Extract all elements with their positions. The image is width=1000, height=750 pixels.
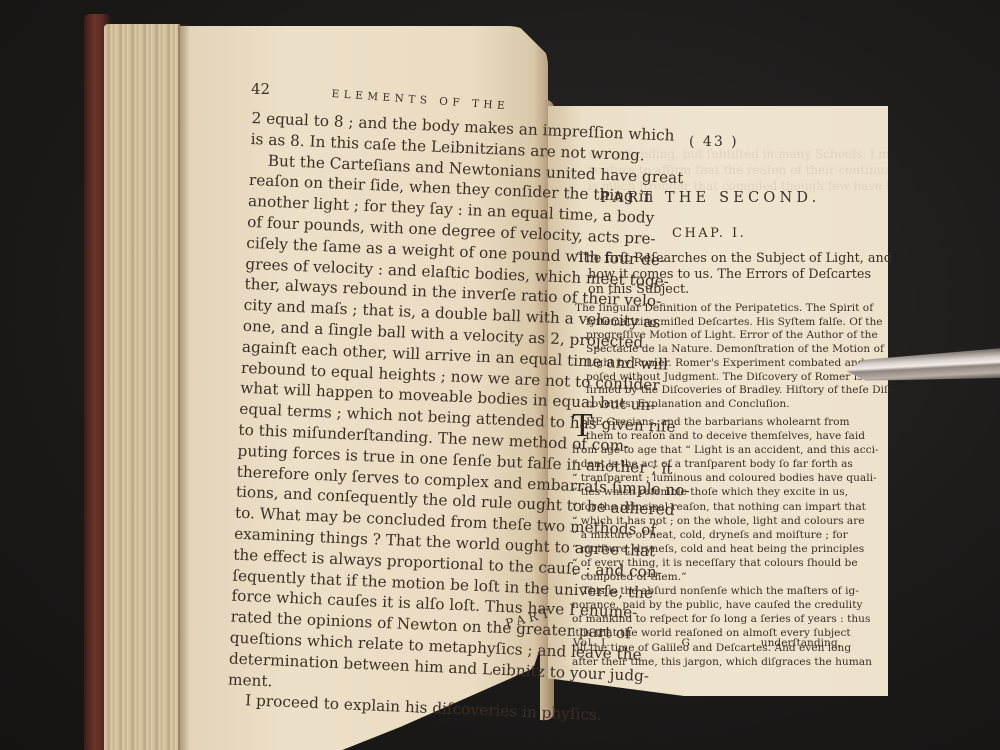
summary-line: Light by Romer. Romer's Experiment comba… bbox=[575, 357, 845, 371]
chapter-number: CHAP. I. bbox=[672, 226, 746, 241]
right-page-body: HE Grecians, and the barbarians wholearn… bbox=[572, 415, 847, 669]
text-line: “ dent is the act of a tranſparent body … bbox=[572, 457, 847, 471]
left-page-body: 2 equal to 8 ; and the body makes an imp… bbox=[227, 108, 552, 723]
volume-mark: Vol. I. bbox=[573, 637, 611, 649]
gutter-shadow bbox=[178, 24, 190, 750]
heading-line: on this Subject. bbox=[577, 282, 852, 298]
summary-line: firmed by the Diſcoveries of Bradley. Hi… bbox=[575, 384, 845, 398]
heading-line: how it comes to us. The Errors of Deſcar… bbox=[577, 267, 852, 283]
text-line: of mankind to reſpect for ſo long a ſeri… bbox=[572, 612, 847, 626]
left-page-number: 42 bbox=[251, 80, 270, 98]
book-photograph: underſtanding, but ſubſiſted in many Sch… bbox=[0, 0, 1000, 750]
part-title: PART THE SECOND. bbox=[600, 190, 820, 206]
text-line: “ which it has not ; on the whole, light… bbox=[572, 514, 847, 528]
heading-line: The firſt Reſearches on the Subject of L… bbox=[577, 251, 852, 267]
text-line: “ for the principal reaſon, that nothing… bbox=[572, 500, 847, 514]
summary-line: The ſingular Definition of the Peripatet… bbox=[575, 302, 845, 316]
signature-mark: G bbox=[682, 637, 690, 649]
text-line: “ compoſed of them.” bbox=[572, 570, 847, 584]
right-catchword: underſtanding, bbox=[761, 637, 841, 649]
text-line: This is the abſurd nonſenſe which the ma… bbox=[572, 584, 847, 598]
chapter-summary: The ſingular Definition of the Peripatet… bbox=[575, 302, 845, 412]
text-line: them to reaſon and to deceive themſelves… bbox=[572, 429, 847, 443]
summary-line: Spectacle de la Nature. Demonſtration of… bbox=[575, 343, 845, 357]
signature-line: Vol. I. G underſtanding, bbox=[573, 637, 841, 649]
chapter-heading: The firſt Reſearches on the Subject of L… bbox=[577, 251, 852, 298]
text-line: “ of every thing, it is neceſſary that c… bbox=[572, 556, 847, 570]
right-page-number: ( 43 ) bbox=[689, 134, 739, 150]
text-line: from age to age that “ Light is an accid… bbox=[572, 443, 847, 457]
text-line: norance, paid by the public, have cauſed… bbox=[572, 598, 847, 612]
text-line: “ tranſparent ; luminous and coloured bo… bbox=[572, 471, 847, 485]
text-line: “ ties which reſemble thoſe which they e… bbox=[572, 485, 847, 499]
summary-line: coveries. Explanation and Concluſion. bbox=[575, 398, 845, 412]
text-line: “ a mixture of heat, cold, dryneſs and m… bbox=[572, 528, 847, 542]
page-block-edges bbox=[104, 24, 180, 750]
text-line: “ moiſture, dryneſs, cold and heat being… bbox=[572, 542, 847, 556]
summary-line: ſyſtematizing miſled Deſcartes. His Syſt… bbox=[575, 316, 845, 330]
text-line: after their time, this jargon, which diſ… bbox=[572, 655, 847, 669]
summary-line: progreſſive Motion of Light. Error of th… bbox=[575, 329, 845, 343]
summary-line: poſed without Judgment. The Diſcovery of… bbox=[575, 371, 845, 385]
text-line: HE Grecians, and the barbarians wholearn… bbox=[572, 415, 847, 429]
